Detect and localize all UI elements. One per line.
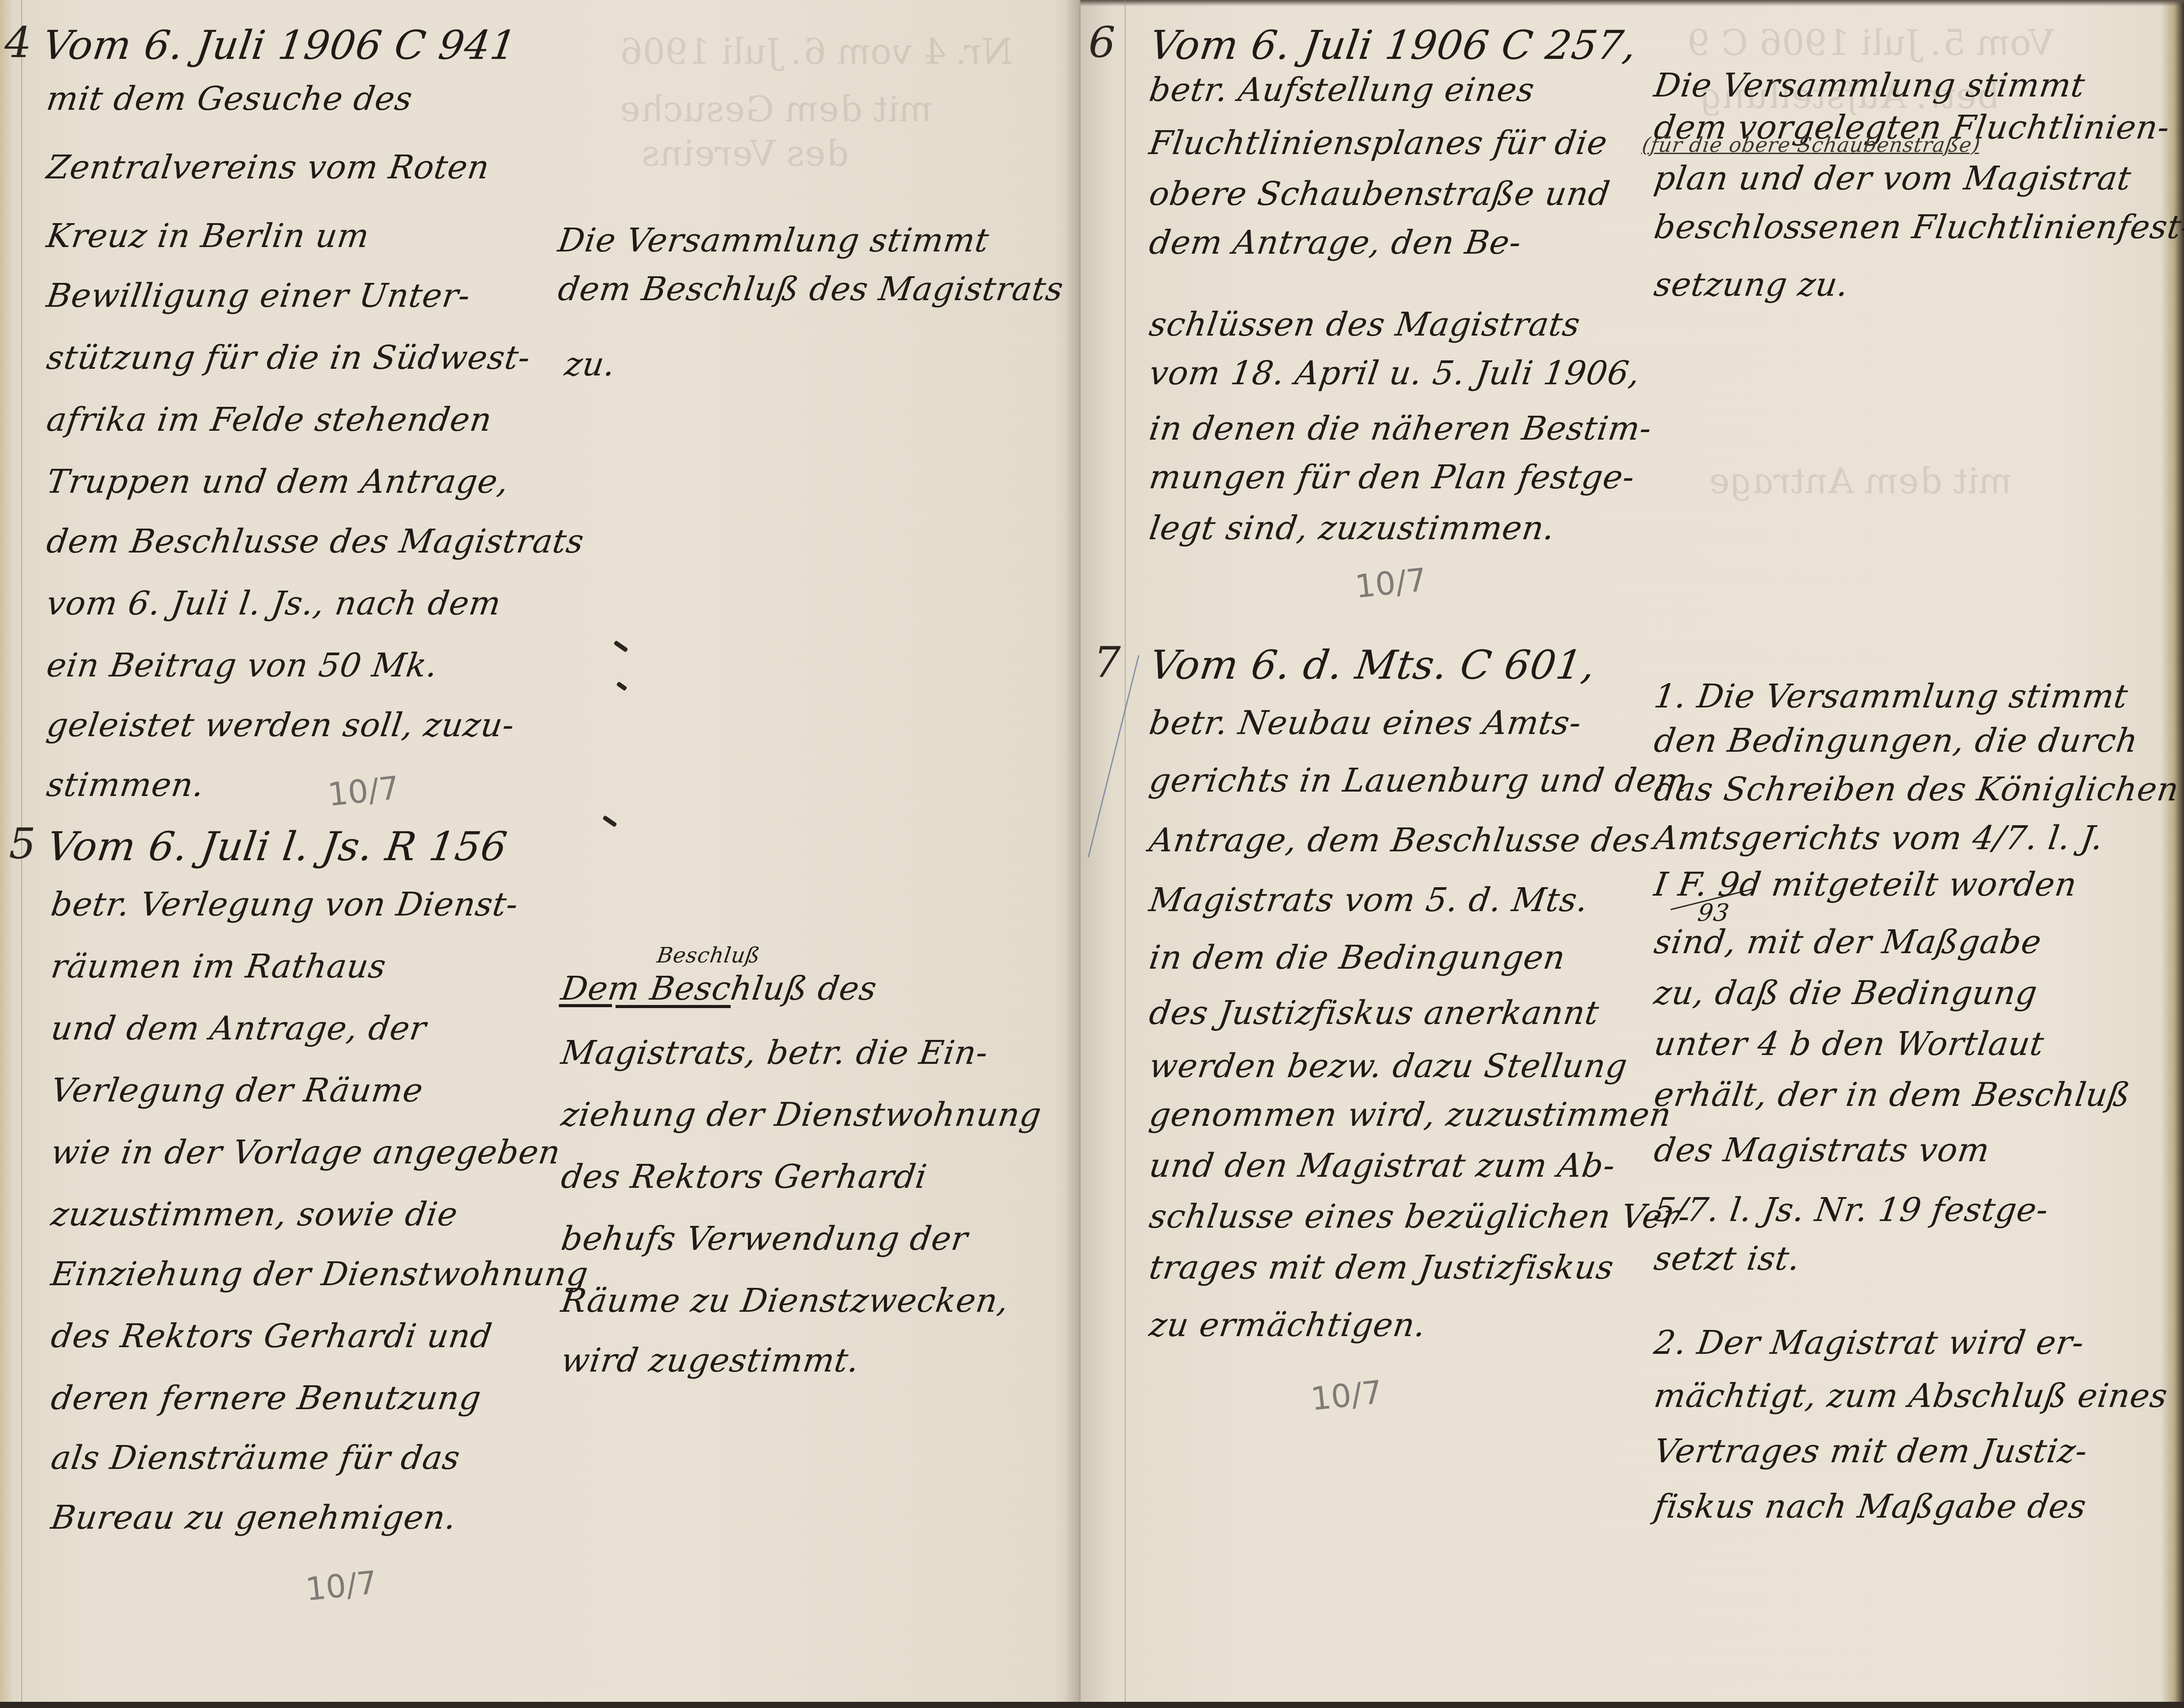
resolution-line: setzung zu. bbox=[1652, 266, 1851, 304]
resolution-line: den Bedingungen, die durch bbox=[1652, 722, 2141, 760]
entry-line: stimmen. bbox=[44, 766, 207, 804]
entry-line: Fluchtliniensplanes für die bbox=[1147, 124, 1610, 162]
entry-header: Vom 6. d. Mts. C 601, bbox=[1147, 642, 1599, 688]
entry-line: stützung für die in Südwest- bbox=[44, 339, 533, 377]
strike-line bbox=[559, 1004, 612, 1007]
entry-line: geleistet werden soll, zuzu- bbox=[44, 706, 517, 744]
entry-line: räumen im Rathaus bbox=[49, 947, 388, 985]
entry-line: Einziehung der Dienstwohnung bbox=[49, 1255, 591, 1293]
entry-line: betr. Aufstellung eines bbox=[1147, 71, 1537, 109]
entry-header: Vom 6. Juli l. Js. R 156 bbox=[44, 823, 510, 870]
resolution-line: wird zugestimmt. bbox=[559, 1341, 862, 1380]
entry-line: Bureau zu genehmigen. bbox=[49, 1499, 459, 1537]
entry-line: schlüssen des Magistrats bbox=[1147, 305, 1583, 344]
resolution-line: ziehung der Dienstwohnung bbox=[559, 1096, 1044, 1134]
entry-line: Antrage, dem Beschlusse des bbox=[1147, 821, 1652, 859]
entry-line: und dem Antrage, der bbox=[49, 1009, 429, 1047]
entry-number: 4 bbox=[4, 18, 31, 67]
entry-line: genommen wird, zuzustimmen bbox=[1147, 1096, 1674, 1134]
ink-mark bbox=[602, 815, 617, 827]
entry-line: des Justizfiskus anerkannt bbox=[1147, 994, 1601, 1032]
resolution-line: Die Versammlung stimmt bbox=[556, 221, 991, 259]
entry-header: Vom 6. Juli 1906 C 257, bbox=[1147, 22, 1640, 69]
entry-line: und den Magistrat zum Ab- bbox=[1147, 1147, 1618, 1185]
entry-line: in denen die näheren Bestim- bbox=[1147, 410, 1654, 448]
resolution-line: Magistrats, betr. die Ein- bbox=[559, 1034, 991, 1072]
resolution-line: des Rektors Gerhardi bbox=[559, 1158, 929, 1196]
resolution-line: 2. Der Magistrat wird er- bbox=[1652, 1324, 2087, 1362]
bleed-through-text: des Vereins bbox=[639, 133, 852, 174]
left-page: Nr. 4 vom 6. Juli 1906 mit dem Gesuche d… bbox=[0, 0, 1080, 1708]
resolution-line: Dem Beschluß des bbox=[559, 970, 879, 1008]
entry-line: afrika im Felde stehenden bbox=[44, 401, 494, 439]
resolution-insertion: (für die obere Schaubenstraße) bbox=[1641, 133, 1982, 157]
entry-line: Zentralvereins vom Roten bbox=[44, 148, 492, 186]
resolution-line: Räume zu Dienstzwecken, bbox=[559, 1282, 1011, 1320]
entry-line: legt sind, zuzustimmen. bbox=[1147, 509, 1557, 547]
right-margin-rule bbox=[1125, 0, 1126, 1708]
resolution-line: sind, mit der Maßgabe bbox=[1652, 923, 2044, 961]
page-top-shadow bbox=[1080, 0, 2184, 6]
entry-line: des Rektors Gerhardi und bbox=[49, 1317, 495, 1355]
entry-line: als Diensträume für das bbox=[49, 1439, 463, 1477]
resolution-line: behufs Verwendung der bbox=[559, 1220, 970, 1258]
inserted-word: Beschluß bbox=[655, 943, 762, 968]
resolution-line: beschlossenen Fluchtlinienfest- bbox=[1652, 208, 2184, 246]
entry-line: betr. Verlegung von Dienst- bbox=[49, 885, 521, 924]
ink-mark bbox=[613, 640, 628, 653]
resolution-line: setzt ist. bbox=[1652, 1240, 1803, 1278]
pencil-date-mark: 10/7 bbox=[304, 1564, 379, 1608]
entry-header: Vom 6. Juli 1906 C 941 bbox=[40, 22, 519, 69]
entry-line: vom 18. April u. 5. Juli 1906, bbox=[1147, 354, 1642, 392]
resolution-line: mächtigt, zum Abschluß eines bbox=[1652, 1377, 2170, 1415]
right-page: Vom 5. Juli 1906 C 9 betr. Aufstellung m… bbox=[1080, 0, 2184, 1708]
entry-line: schlusse eines bezüglichen Ver- bbox=[1147, 1198, 1693, 1236]
resolution-line: Vertrages mit dem Justiz- bbox=[1652, 1432, 2090, 1470]
pencil-date-mark: 10/7 bbox=[1309, 1373, 1384, 1418]
entry-number: 5 bbox=[9, 819, 36, 869]
entry-number: 6 bbox=[1088, 18, 1115, 67]
entry-line: Truppen und dem Antrage, bbox=[44, 463, 511, 501]
bleed-through-text: Vom 5. Juli 1906 C 9 bbox=[1684, 22, 2058, 63]
entry-line: trages mit dem Justizfiskus bbox=[1147, 1248, 1616, 1287]
entry-line: mit dem Gesuche des bbox=[44, 80, 415, 118]
ink-mark bbox=[616, 681, 627, 691]
entry-line: dem Antrage, den Be- bbox=[1147, 224, 1524, 262]
entry-line: vom 6. Juli l. Js., nach dem bbox=[44, 584, 503, 622]
entry-line: dem Beschlusse des Magistrats bbox=[44, 522, 586, 560]
resolution-line: dem Beschluß des Magistrats bbox=[556, 270, 1066, 308]
fraction-denominator: 93 bbox=[1696, 899, 1731, 927]
entry-line: betr. Neubau eines Amts- bbox=[1147, 704, 1584, 742]
resolution-line: das Schreiben des Königlichen bbox=[1652, 770, 2181, 808]
entry-line: zuzustimmen, sowie die bbox=[49, 1195, 460, 1233]
entry-line: zu ermächtigen. bbox=[1147, 1306, 1429, 1344]
book-bottom-edge bbox=[0, 1702, 2184, 1708]
entry-line: ein Beitrag von 50 Mk. bbox=[44, 646, 440, 684]
pencil-date-mark: 10/7 bbox=[1353, 561, 1429, 605]
resolution-line: zu, daß die Bedingung bbox=[1652, 974, 2040, 1012]
book-spread: Nr. 4 vom 6. Juli 1906 mit dem Gesuche d… bbox=[0, 0, 2184, 1708]
entry-line: Magistrats vom 5. d. Mts. bbox=[1147, 881, 1591, 919]
resolution-line: unter 4 b den Wortlaut bbox=[1652, 1025, 2047, 1063]
resolution-line: erhält, der in dem Beschluß bbox=[1652, 1076, 2133, 1114]
entry-line: Bewilligung einer Unter- bbox=[44, 277, 473, 315]
entry-number: 7 bbox=[1094, 638, 1121, 687]
resolution-line: 1. Die Versammlung stimmt bbox=[1652, 677, 2130, 715]
entry-line: gerichts in Lauenburg und dem bbox=[1147, 761, 1691, 800]
resolution-line: zu. bbox=[562, 345, 618, 383]
entry-line: Kreuz in Berlin um bbox=[44, 217, 372, 255]
resolution-line: plan und der vom Magistrat bbox=[1652, 159, 2134, 197]
entry-line: obere Schaubenstraße und bbox=[1147, 175, 1613, 213]
bleed-through-text: mit dem Gesuche bbox=[616, 89, 937, 130]
bleed-through-text: mit dem Antrage bbox=[1706, 460, 2016, 502]
entry-line: werden bezw. dazu Stellung bbox=[1147, 1047, 1630, 1085]
resolution-line: Die Versammlung stimmt bbox=[1652, 66, 2087, 104]
resolution-line: Amtsgerichts vom 4/7. l. J. bbox=[1652, 819, 2106, 857]
entry-line: mungen für den Plan festge- bbox=[1147, 458, 1637, 496]
strike-line bbox=[616, 1005, 731, 1008]
entry-line: Verlegung der Räume bbox=[49, 1071, 426, 1109]
bleed-through-text: Nr. 4 vom 6. Juli 1906 bbox=[616, 31, 1016, 72]
resolution-line: 5/7. l. Js. Nr. 19 festge- bbox=[1652, 1191, 2051, 1229]
resolution-line: fiskus nach Maßgabe des bbox=[1652, 1488, 2089, 1526]
entry-line: in dem die Bedingungen bbox=[1147, 939, 1568, 977]
entry-line: wie in der Vorlage angegeben bbox=[49, 1133, 563, 1171]
pencil-date-mark: 10/7 bbox=[326, 769, 401, 813]
resolution-line: des Magistrats vom bbox=[1652, 1131, 1992, 1169]
entry-line: deren fernere Benutzung bbox=[49, 1379, 484, 1417]
